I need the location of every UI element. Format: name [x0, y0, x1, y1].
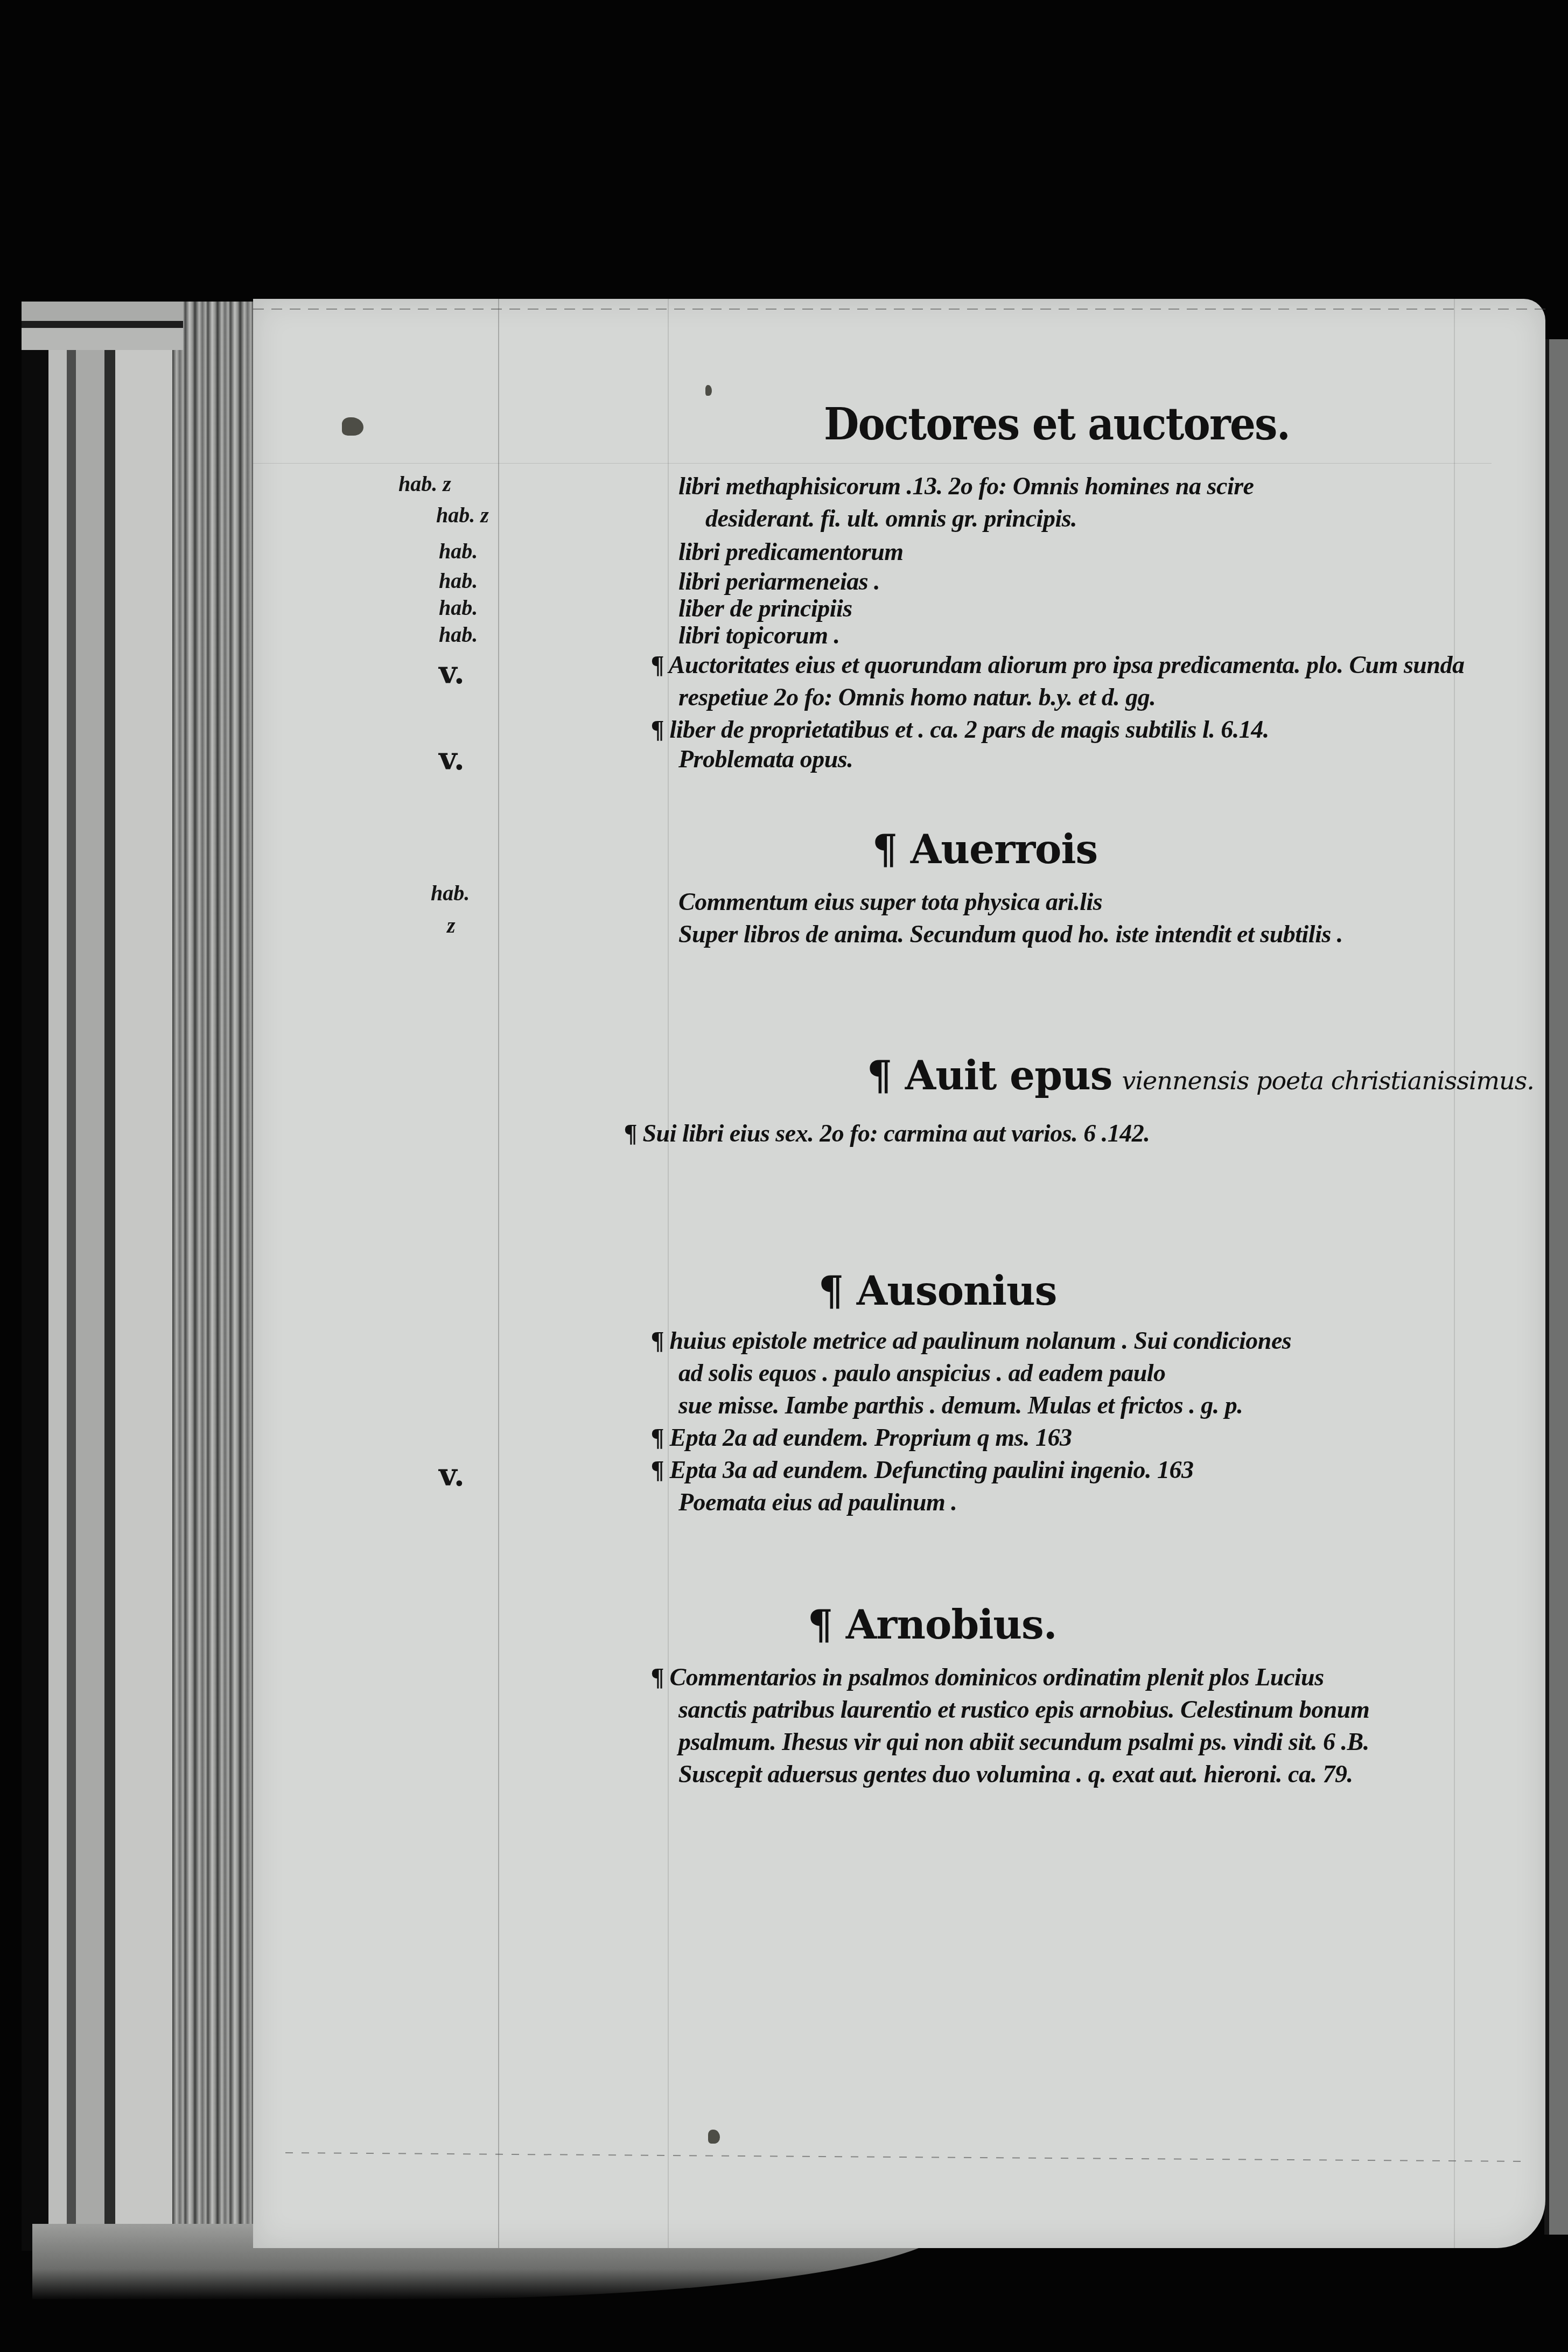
margin-note: v. [439, 1457, 465, 1493]
margin-note: hab. z [398, 471, 451, 496]
entry-line: respetiue 2o fo: Omnis homo natur. b.y. … [652, 681, 1465, 713]
entry-line: ¶ Commentarios in psalmos dominicos ordi… [652, 1663, 1324, 1691]
entry-line: Suscepit aduersus gentes duo volumina . … [652, 1758, 1369, 1790]
entry-line: psalmum. Ihesus vir qui non abiit secund… [652, 1726, 1369, 1758]
section-heading: ¶ Arnobius. [808, 1602, 1056, 1648]
catalogue-entry: libri topicorum . [678, 619, 839, 652]
book-board [22, 302, 172, 2251]
margin-ruling-line [498, 299, 499, 2248]
ink-mark [708, 2130, 720, 2144]
top-ruling-line [253, 309, 1545, 310]
margin-note: hab. [439, 568, 478, 593]
catalogue-entry: libri methaphisicorum .13. 2o fo: Omnis … [678, 470, 1254, 535]
right-ruling-line [1454, 299, 1455, 2248]
catalogue-entry: Super libros de anima. Secundum quod ho.… [678, 918, 1343, 950]
entry-line: ¶ huius epistole metrice ad paulinum nol… [652, 1327, 1291, 1354]
ruling-line [253, 463, 1492, 464]
heading-name: ¶ Auit epus [867, 1053, 1112, 1099]
catalogue-entry: Poemata eius ad paulinum . [678, 1486, 957, 1518]
ink-blot [342, 417, 363, 436]
entry-line: desiderant. fi. ult. omnis gr. principis… [678, 502, 1254, 535]
margin-note: v. [439, 740, 465, 777]
margin-note: hab. z [436, 502, 489, 528]
book-edge-stack [22, 302, 258, 2251]
margin-note: hab. [439, 595, 478, 620]
entry-line: ¶ Auctoritates eius et quorundam aliorum… [652, 651, 1465, 678]
catalogue-entry: ¶ Sui libri eius sex. 2o fo: carmina aut… [625, 1117, 1150, 1150]
entry-line: sanctis patribus laurentio et rustico ep… [652, 1693, 1369, 1726]
ink-mark [705, 385, 712, 396]
manuscript-page: Doctores et auctores. hab. z libri metha… [253, 299, 1545, 2248]
catalogue-entry: ¶ liber de proprietatibus et . ca. 2 par… [652, 713, 1269, 746]
catalogue-entry: ¶ huius epistole metrice ad paulinum nol… [652, 1325, 1291, 1422]
catalogue-entry: ¶ Epta 3a ad eundem. Defuncting paulini … [652, 1454, 1194, 1486]
catalogue-entry: Commentum eius super tota physica ari.li… [678, 886, 1102, 918]
section-heading: ¶ Auit epusviennensis poeta christianiss… [867, 1053, 1534, 1099]
page-title: Doctores et auctores. [824, 398, 1290, 450]
catalogue-entry: ¶ Auctoritates eius et quorundam aliorum… [652, 649, 1465, 713]
catalogue-entry: ¶ Commentarios in psalmos dominicos ordi… [652, 1661, 1369, 1790]
heading-note: viennensis poeta christianissimus. [1122, 1066, 1534, 1095]
right-page-edge [1544, 339, 1568, 2235]
margin-note: z [447, 913, 456, 938]
margin-note: hab. [439, 538, 478, 564]
margin-note: hab. [439, 622, 478, 647]
section-heading: ¶ Ausonius [818, 1268, 1056, 1314]
margin-note: hab. [431, 880, 470, 906]
catalogue-entry: ¶ Epta 2a ad eundem. Proprium q ms. 163 [652, 1422, 1072, 1454]
text-ruling-line [668, 299, 669, 2248]
margin-note: v. [439, 654, 465, 691]
catalogue-entry: Problemata opus. [678, 743, 853, 775]
catalogue-entry: libri predicamentorum [678, 536, 904, 568]
section-heading: ¶ Auerrois [872, 827, 1097, 873]
book-board-top [22, 302, 183, 350]
entry-line: sue misse. Iambe parthis . demum. Mulas … [652, 1389, 1291, 1422]
bottom-ruling-line [285, 2152, 1524, 2162]
entry-line: ad solis equos . paulo anspicius . ad ea… [652, 1357, 1291, 1389]
entry-line: libri methaphisicorum .13. 2o fo: Omnis … [678, 472, 1254, 500]
